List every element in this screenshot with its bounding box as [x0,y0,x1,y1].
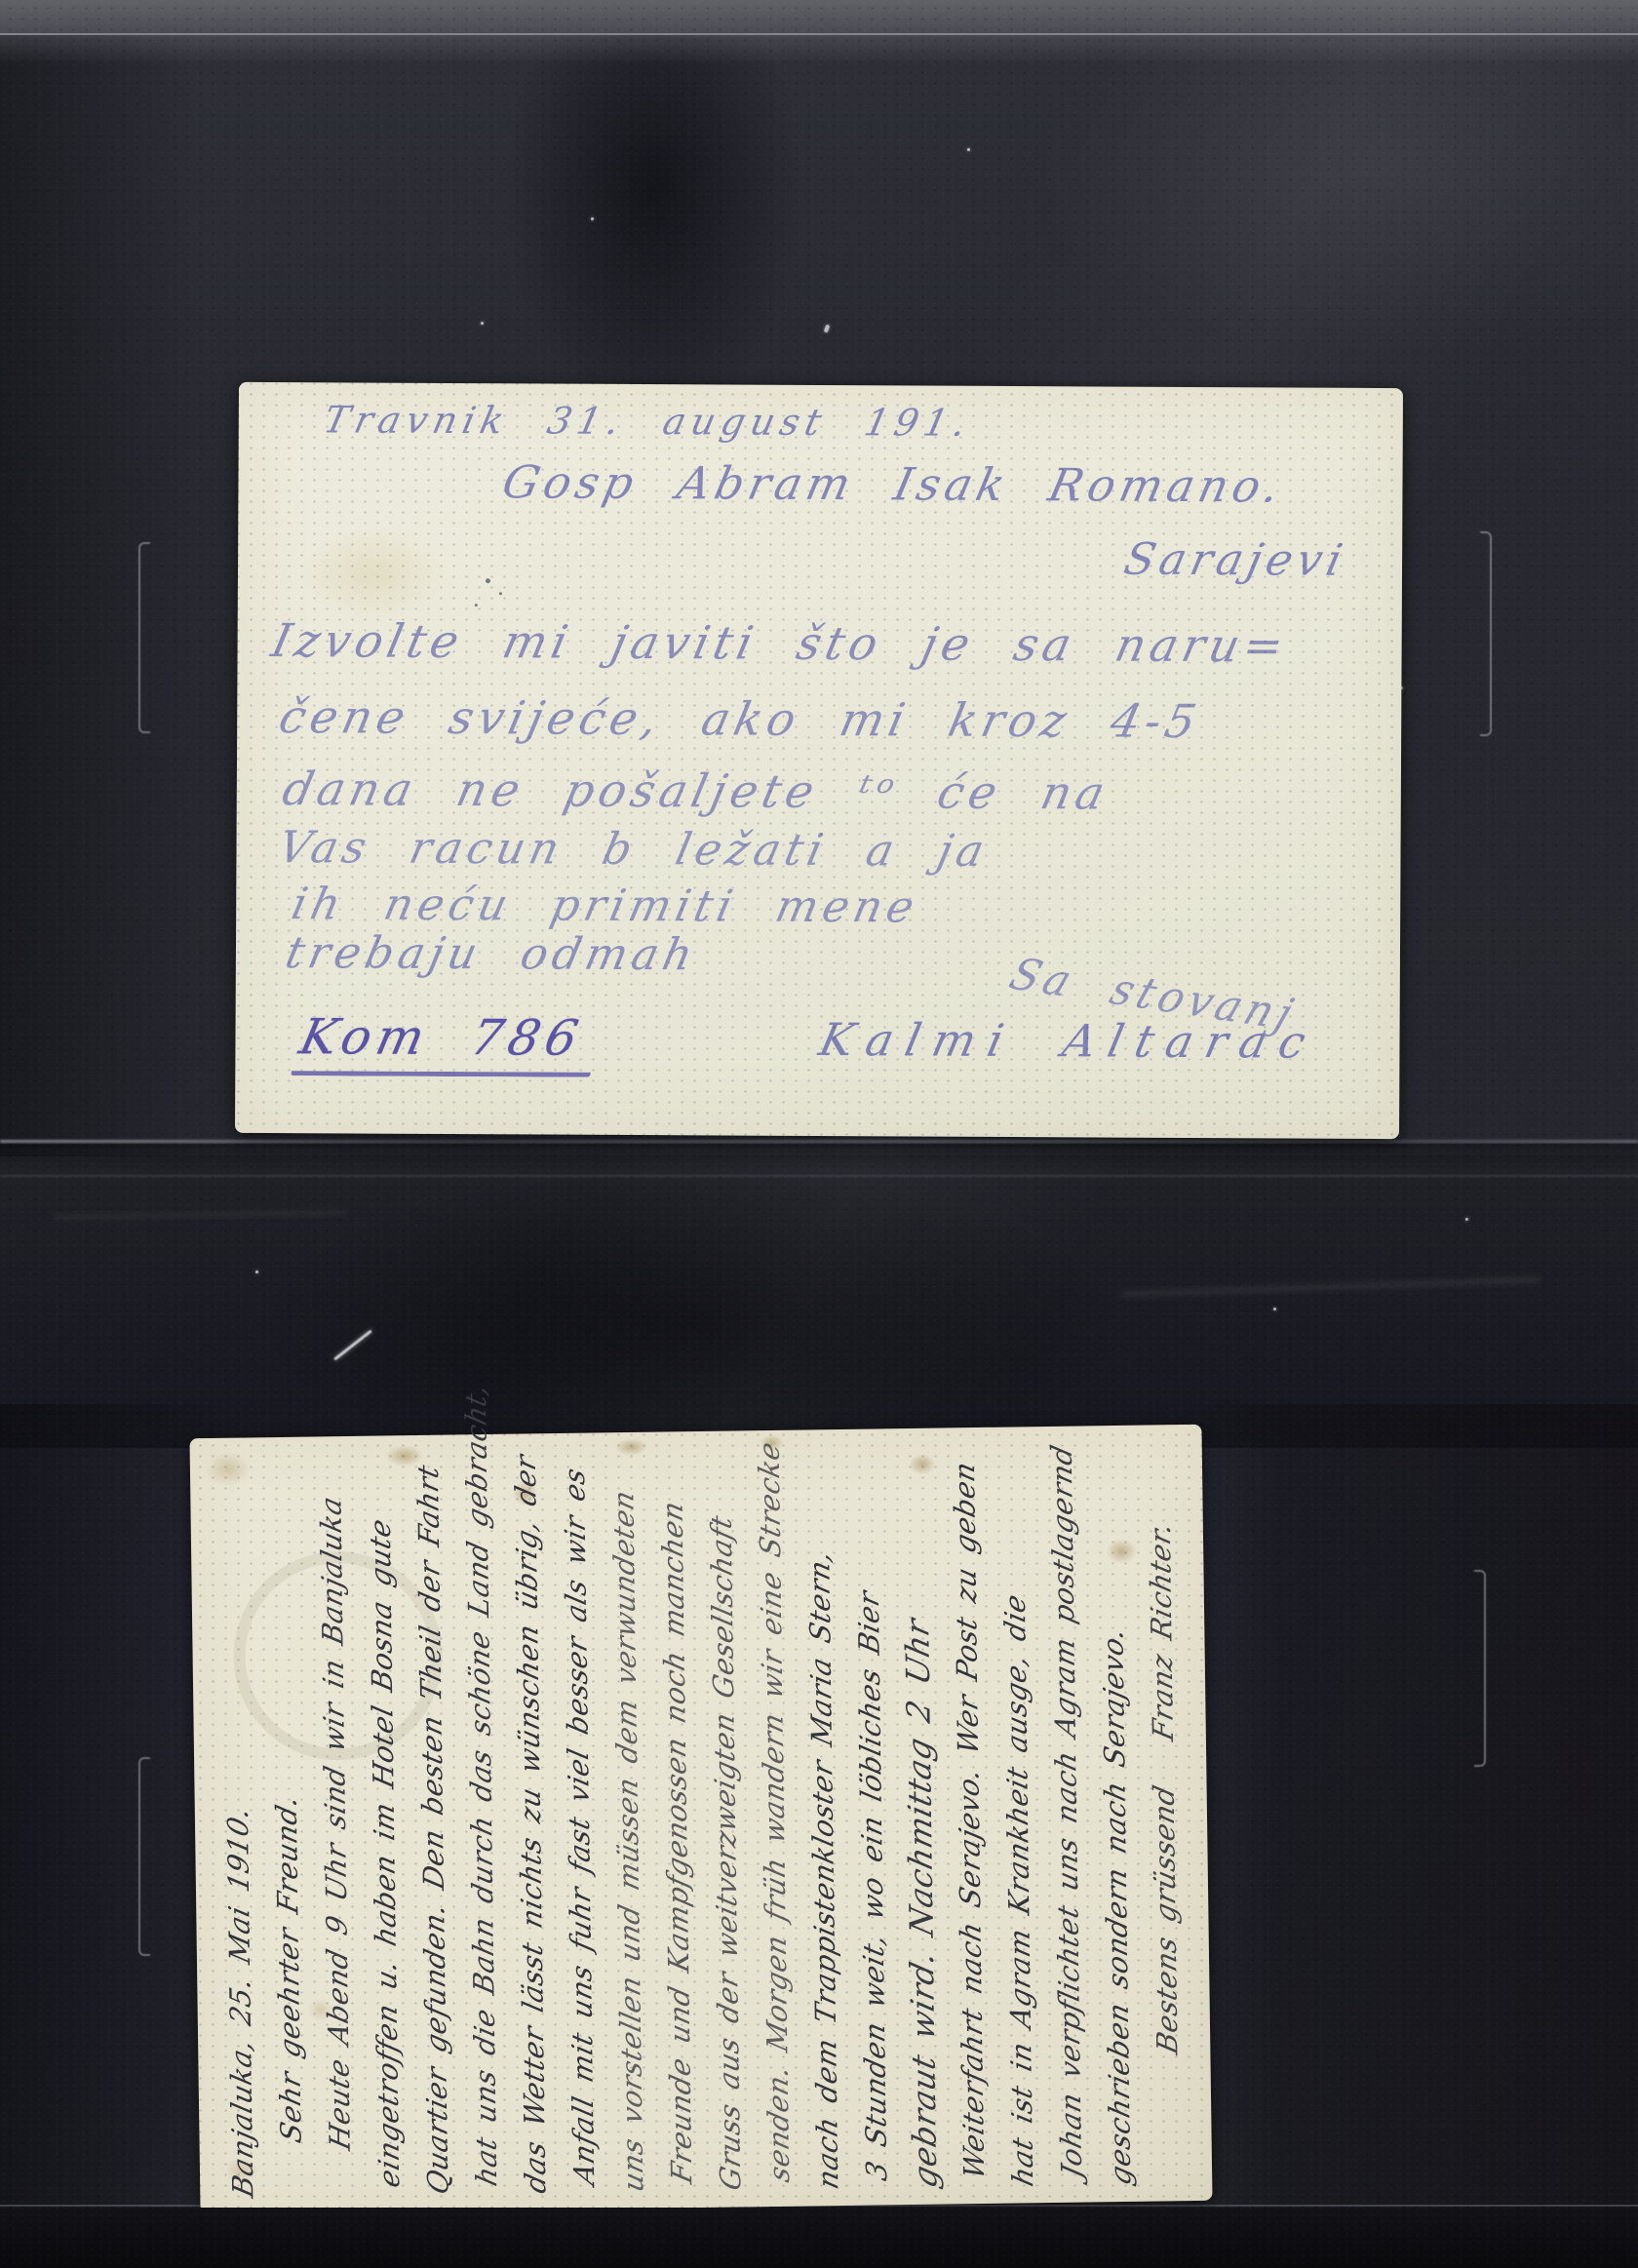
left-edge-shadow [0,35,195,1156]
scratch-mark [333,1330,372,1361]
reflection-streak [1121,1275,1540,1298]
postcard-travnik: Travnik 31. august 191. Gosp Abram Isak … [235,382,1403,1139]
album-top-edge-fade [0,35,1638,64]
sleeve-glint [138,1757,150,1956]
postcard-banjaluka: Banjaluka, 25. Mai 1910. Sehr geehrter F… [189,1425,1212,2214]
reference-number: Kom 786 [291,1008,604,1077]
sleeve-seam-line [0,1140,1638,1143]
sleeve-glint [138,542,150,733]
signature-line: Bestens grüssend Franz Richter. [1135,1437,1194,2182]
dust-speck [1273,1308,1276,1310]
sleeve-glint [1474,1570,1486,1767]
mid-shadow-blob [273,1175,1111,1448]
rotated-handwriting-block: Banjaluka, 25. Mai 1910. Sehr geehrter F… [209,1442,1194,2197]
sleeve-seam-line-2 [0,1175,1638,1177]
dateline: Travnik 31. august 191. [320,398,976,444]
album-top-edge [0,0,1638,35]
dust-speck [967,148,970,151]
body-line: Izvolte mi javiti što je sa naru= [267,614,1293,673]
top-right-highlight [1024,39,1638,361]
dust-speck [1465,1218,1468,1221]
sleeve-seam-shadow [0,1144,1638,1169]
dust-speck [481,322,484,325]
body-line: ih neću primiti mene [287,878,923,932]
mid-shadow-strip [0,1155,1638,1448]
top-shadow-band [507,0,799,419]
album-bottom-edge [0,2208,1638,2268]
dust-speck [591,217,594,220]
addressee-line: Gosp Abram Isak Romano. [498,455,1289,512]
body-line: dana ne pošaljete ᵗᵒ će na [278,763,1114,820]
sleeve-glint [1480,531,1492,736]
body-line: čene svijeće, ako mi kroz 4-5 [274,690,1205,749]
dust-speck [255,1271,258,1273]
ink-speck [475,604,478,606]
body-line: Vas racun b ležati a ja [274,821,994,877]
place-line: Sarajevi [1119,533,1351,586]
dust-speck [824,325,830,333]
ink-speck [499,592,502,595]
album-page: Travnik 31. august 191. Gosp Abram Isak … [0,0,1638,2268]
reflection-streak [54,1209,346,1220]
paper-stain [300,527,448,621]
signature: Kalmi Altarac [815,1013,1323,1069]
ink-speck [486,578,490,583]
body-line: trebaju odmah [281,926,702,980]
